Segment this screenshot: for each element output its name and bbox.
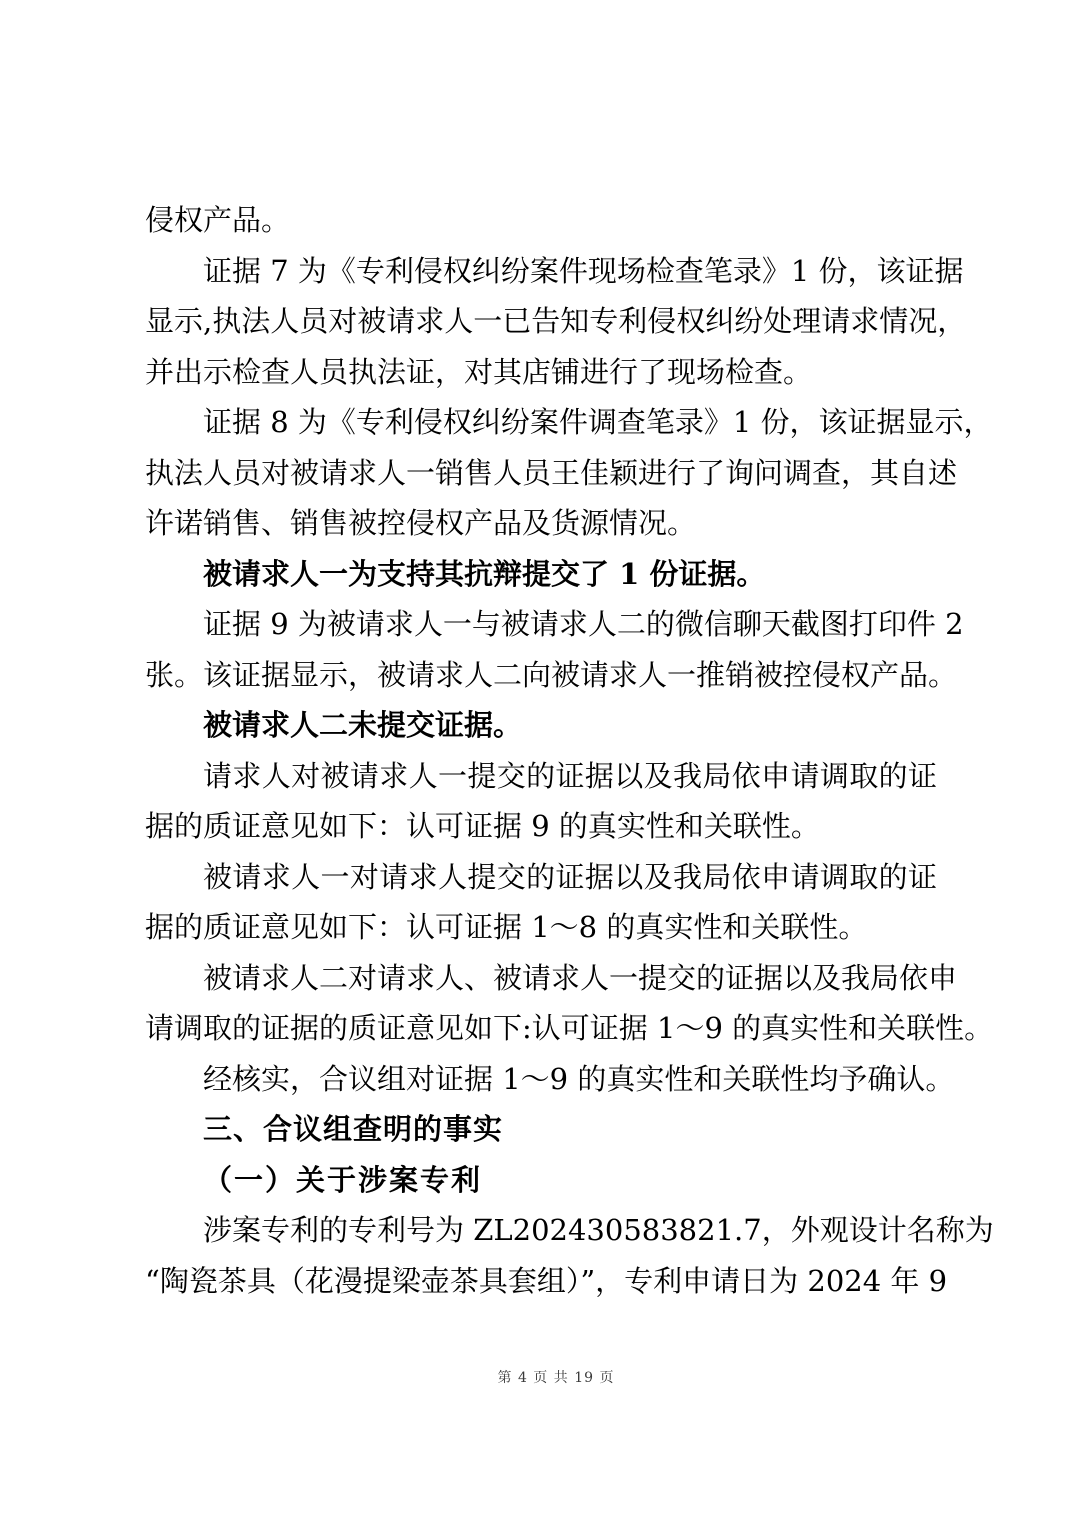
body-text-line: 证据 7 为《专利侵权纠纷案件现场检查笔录》1 份，该证据 (145, 246, 937, 297)
page-number: 第 4 页 共 19 页 (0, 1369, 1074, 1387)
body-text-line: “陶瓷茶具（花漫提梁壶茶具套组）”，专利申请日为 2024 年 9 (145, 1256, 937, 1307)
body-text-line: 证据 8 为《专利侵权纠纷案件调查笔录》1 份，该证据显示， (145, 397, 937, 448)
body-text-line: 并出示检查人员执法证，对其店铺进行了现场检查。 (145, 347, 937, 398)
body-text-line: 据的质证意见如下：认可证据 9 的真实性和关联性。 (145, 801, 937, 852)
body-text-line: 涉案专利的专利号为 ZL202430583821.7，外观设计名称为 (145, 1205, 937, 1256)
body-text-line: 被请求人二对请求人、被请求人一提交的证据以及我局依申 (145, 953, 937, 1004)
evidence-statement-line: 被请求人二未提交证据。 (145, 700, 937, 751)
body-text-line: 显示,执法人员对被请求人一已告知专利侵权纠纷处理请求情况， (145, 296, 937, 347)
body-text-line: 执法人员对被请求人一销售人员王佳颖进行了询问调查，其自述 (145, 448, 937, 499)
body-text-line: 据的质证意见如下：认可证据 1～8 的真实性和关联性。 (145, 902, 937, 953)
document-body: 侵权产品。 证据 7 为《专利侵权纠纷案件现场检查笔录》1 份，该证据 显示,执… (145, 195, 937, 1306)
body-text-line: 许诺销售、销售被控侵权产品及货源情况。 (145, 498, 937, 549)
body-text-line: 证据 9 为被请求人一与被请求人二的微信聊天截图打印件 2 (145, 599, 937, 650)
document-page: 侵权产品。 证据 7 为《专利侵权纠纷案件现场检查笔录》1 份，该证据 显示,执… (0, 0, 1074, 1520)
body-text-line: 请求人对被请求人一提交的证据以及我局依申请调取的证 (145, 751, 937, 802)
evidence-statement-line: 被请求人一为支持其抗辩提交了 1 份证据。 (145, 549, 937, 600)
subsection-heading: （一）关于涉案专利 (145, 1155, 937, 1206)
body-text-line: 张。该证据显示，被请求人二向被请求人一推销被控侵权产品。 (145, 650, 937, 701)
section-heading: 三、合议组查明的事实 (145, 1104, 937, 1155)
body-text-line: 经核实，合议组对证据 1～9 的真实性和关联性均予确认。 (145, 1054, 937, 1105)
body-text-line: 被请求人一对请求人提交的证据以及我局依申请调取的证 (145, 852, 937, 903)
body-text-line: 侵权产品。 (145, 195, 937, 246)
body-text-line: 请调取的证据的质证意见如下:认可证据 1～9 的真实性和关联性。 (145, 1003, 937, 1054)
